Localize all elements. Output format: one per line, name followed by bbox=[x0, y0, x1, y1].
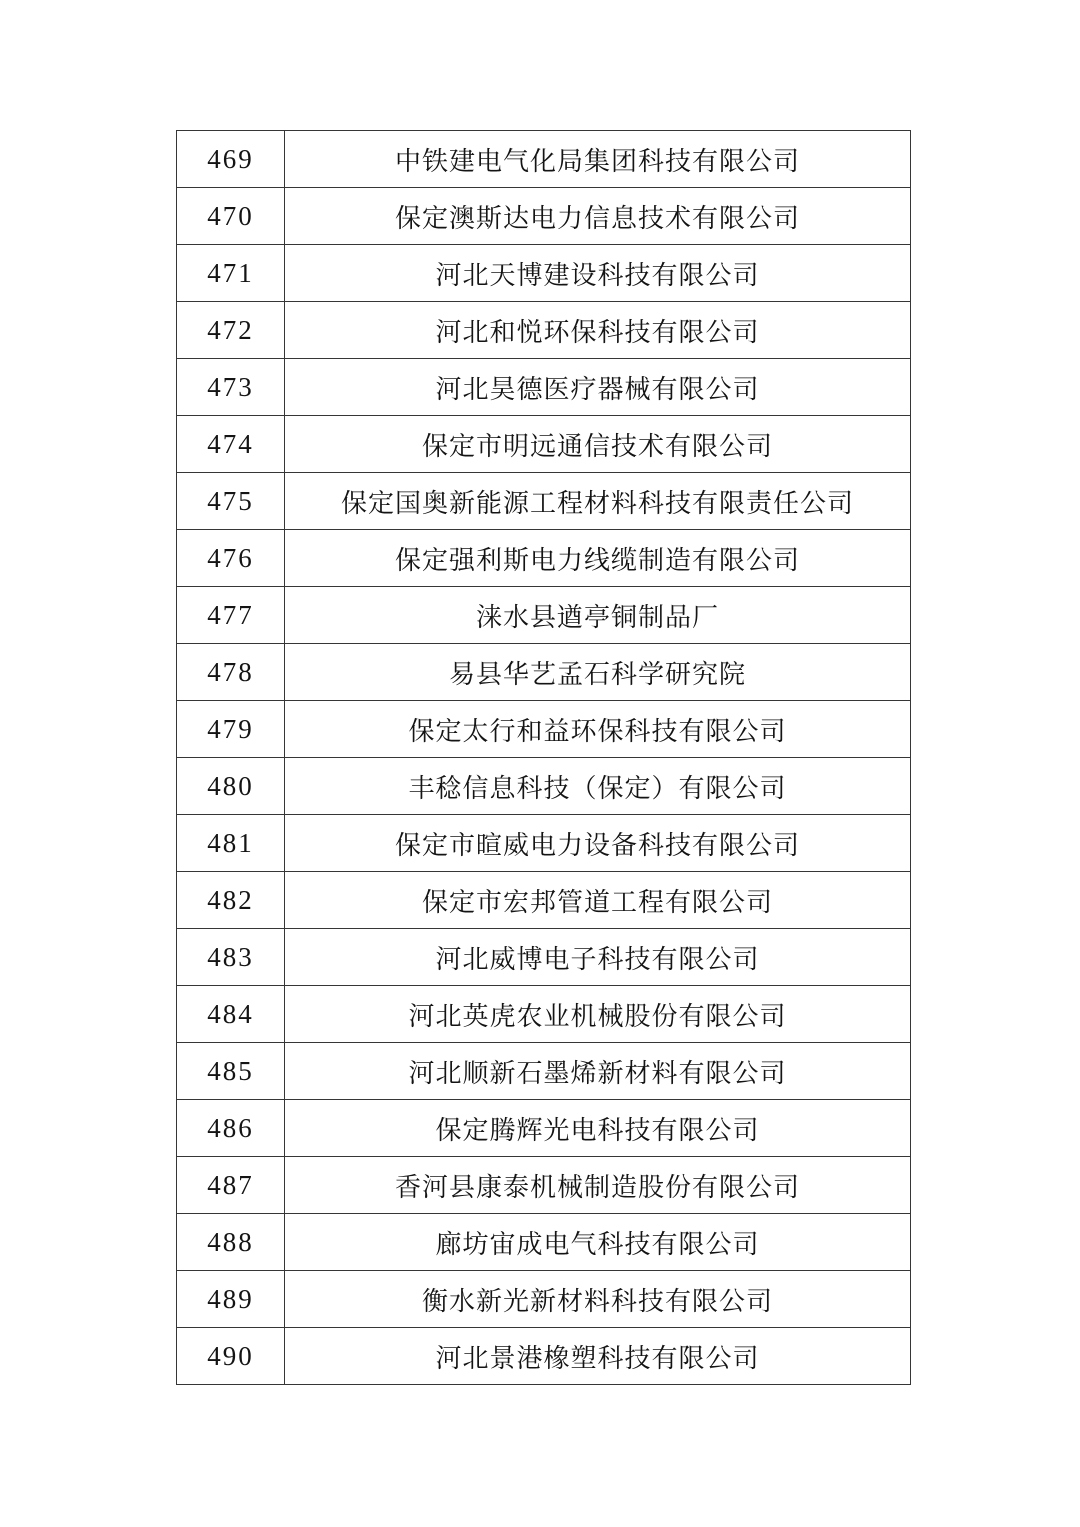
company-name-cell: 河北景港橡塑科技有限公司 bbox=[285, 1328, 911, 1385]
row-number-cell: 474 bbox=[177, 416, 285, 473]
table-row: 472河北和悦环保科技有限公司 bbox=[177, 302, 911, 359]
table-row: 486保定腾辉光电科技有限公司 bbox=[177, 1100, 911, 1157]
row-number-cell: 480 bbox=[177, 758, 285, 815]
company-name-cell: 衡水新光新材料科技有限公司 bbox=[285, 1271, 911, 1328]
row-number-cell: 489 bbox=[177, 1271, 285, 1328]
row-number-cell: 482 bbox=[177, 872, 285, 929]
table-row: 469中铁建电气化局集团科技有限公司 bbox=[177, 131, 911, 188]
table-row: 471河北天博建设科技有限公司 bbox=[177, 245, 911, 302]
company-table-body: 469中铁建电气化局集团科技有限公司470保定澳斯达电力信息技术有限公司471河… bbox=[177, 131, 911, 1385]
table-row: 484河北英虎农业机械股份有限公司 bbox=[177, 986, 911, 1043]
company-name-cell: 丰稔信息科技（保定）有限公司 bbox=[285, 758, 911, 815]
company-name-cell: 保定腾辉光电科技有限公司 bbox=[285, 1100, 911, 1157]
company-name-cell: 河北威博电子科技有限公司 bbox=[285, 929, 911, 986]
table-row: 478易县华艺孟石科学研究院 bbox=[177, 644, 911, 701]
company-name-cell: 河北英虎农业机械股份有限公司 bbox=[285, 986, 911, 1043]
row-number-cell: 486 bbox=[177, 1100, 285, 1157]
row-number-cell: 485 bbox=[177, 1043, 285, 1100]
table-row: 479保定太行和益环保科技有限公司 bbox=[177, 701, 911, 758]
row-number-cell: 470 bbox=[177, 188, 285, 245]
row-number-cell: 484 bbox=[177, 986, 285, 1043]
company-name-cell: 河北昊德医疗器械有限公司 bbox=[285, 359, 911, 416]
table-row: 490河北景港橡塑科技有限公司 bbox=[177, 1328, 911, 1385]
company-name-cell: 中铁建电气化局集团科技有限公司 bbox=[285, 131, 911, 188]
company-name-cell: 保定市明远通信技术有限公司 bbox=[285, 416, 911, 473]
row-number-cell: 472 bbox=[177, 302, 285, 359]
table-row: 477涞水县遒亭铜制品厂 bbox=[177, 587, 911, 644]
table-row: 480丰稔信息科技（保定）有限公司 bbox=[177, 758, 911, 815]
table-row: 473河北昊德医疗器械有限公司 bbox=[177, 359, 911, 416]
table-row: 475保定国奥新能源工程材料科技有限责任公司 bbox=[177, 473, 911, 530]
company-name-cell: 保定国奥新能源工程材料科技有限责任公司 bbox=[285, 473, 911, 530]
row-number-cell: 479 bbox=[177, 701, 285, 758]
row-number-cell: 476 bbox=[177, 530, 285, 587]
company-name-cell: 保定强利斯电力线缆制造有限公司 bbox=[285, 530, 911, 587]
company-name-cell: 保定澳斯达电力信息技术有限公司 bbox=[285, 188, 911, 245]
row-number-cell: 475 bbox=[177, 473, 285, 530]
table-row: 488廊坊宙成电气科技有限公司 bbox=[177, 1214, 911, 1271]
row-number-cell: 481 bbox=[177, 815, 285, 872]
row-number-cell: 477 bbox=[177, 587, 285, 644]
company-name-cell: 易县华艺孟石科学研究院 bbox=[285, 644, 911, 701]
document-page: 469中铁建电气化局集团科技有限公司470保定澳斯达电力信息技术有限公司471河… bbox=[0, 0, 1080, 1527]
company-list-table: 469中铁建电气化局集团科技有限公司470保定澳斯达电力信息技术有限公司471河… bbox=[176, 130, 911, 1385]
table-row: 483河北威博电子科技有限公司 bbox=[177, 929, 911, 986]
company-name-cell: 香河县康泰机械制造股份有限公司 bbox=[285, 1157, 911, 1214]
company-name-cell: 河北和悦环保科技有限公司 bbox=[285, 302, 911, 359]
row-number-cell: 490 bbox=[177, 1328, 285, 1385]
table-row: 474保定市明远通信技术有限公司 bbox=[177, 416, 911, 473]
company-name-cell: 河北天博建设科技有限公司 bbox=[285, 245, 911, 302]
row-number-cell: 487 bbox=[177, 1157, 285, 1214]
table-row: 485河北顺新石墨烯新材料有限公司 bbox=[177, 1043, 911, 1100]
row-number-cell: 469 bbox=[177, 131, 285, 188]
table-row: 470保定澳斯达电力信息技术有限公司 bbox=[177, 188, 911, 245]
company-name-cell: 保定市暄威电力设备科技有限公司 bbox=[285, 815, 911, 872]
company-name-cell: 保定太行和益环保科技有限公司 bbox=[285, 701, 911, 758]
company-name-cell: 保定市宏邦管道工程有限公司 bbox=[285, 872, 911, 929]
company-name-cell: 廊坊宙成电气科技有限公司 bbox=[285, 1214, 911, 1271]
row-number-cell: 471 bbox=[177, 245, 285, 302]
row-number-cell: 478 bbox=[177, 644, 285, 701]
table-row: 482保定市宏邦管道工程有限公司 bbox=[177, 872, 911, 929]
table-row: 481保定市暄威电力设备科技有限公司 bbox=[177, 815, 911, 872]
row-number-cell: 488 bbox=[177, 1214, 285, 1271]
row-number-cell: 473 bbox=[177, 359, 285, 416]
row-number-cell: 483 bbox=[177, 929, 285, 986]
company-name-cell: 涞水县遒亭铜制品厂 bbox=[285, 587, 911, 644]
company-name-cell: 河北顺新石墨烯新材料有限公司 bbox=[285, 1043, 911, 1100]
table-row: 476保定强利斯电力线缆制造有限公司 bbox=[177, 530, 911, 587]
table-row: 489衡水新光新材料科技有限公司 bbox=[177, 1271, 911, 1328]
table-row: 487香河县康泰机械制造股份有限公司 bbox=[177, 1157, 911, 1214]
